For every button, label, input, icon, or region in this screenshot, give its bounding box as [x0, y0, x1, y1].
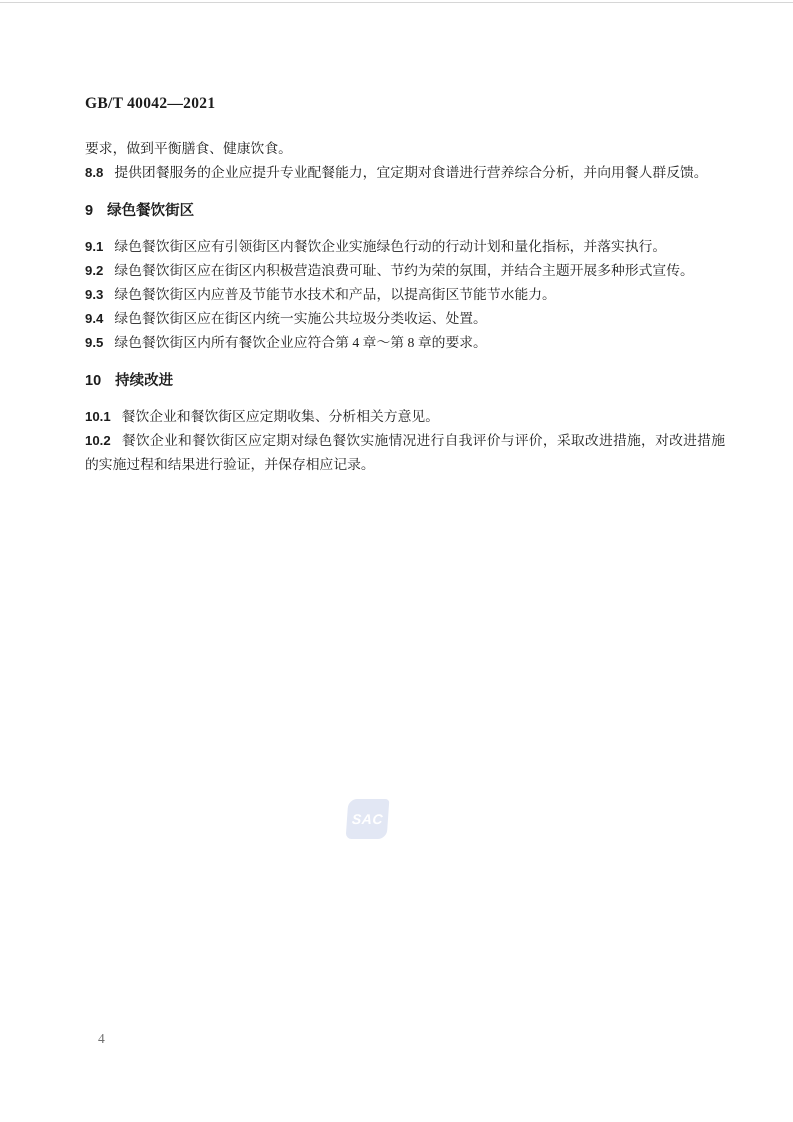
clause-item: 9.4绿色餐饮街区应在街区内统一实施公共垃圾分类收运、处置。 [85, 307, 725, 331]
clause-number: 8.8 [85, 165, 103, 180]
clause-item: 9.2绿色餐饮街区应在街区内积极营造浪费可耻、节约为荣的氛围，并结合主题开展多种… [85, 259, 725, 283]
section-heading: 9绿色餐饮街区 [85, 201, 725, 221]
section-title: 持续改进 [115, 373, 173, 389]
clause-item: 9.5绿色餐饮街区内所有餐饮企业应符合第 4 章～第 8 章的要求。 [85, 331, 725, 355]
page-number: 4 [98, 1031, 105, 1047]
clause-text: 餐饮企业和餐饮街区应定期对绿色餐饮实施情况进行自我评价与评价，采取改进措施，对改… [85, 433, 725, 472]
standard-number-header: GB/T 40042—2021 [85, 94, 725, 114]
section-number: 9 [85, 203, 93, 219]
clause-text: 绿色餐饮街区应在街区内统一实施公共垃圾分类收运、处置。 [114, 311, 487, 326]
clause-text: 绿色餐饮街区应在街区内积极营造浪费可耻、节约为荣的氛围，并结合主题开展多种形式宣… [114, 263, 693, 278]
paragraph-continuation: 要求，做到平衡膳食、健康饮食。 [85, 137, 725, 161]
section-number: 10 [85, 373, 101, 389]
clause-number: 9.1 [85, 239, 103, 254]
clause-item: 9.1绿色餐饮街区应有引领街区内餐饮企业实施绿色行动的行动计划和量化指标，并落实… [85, 235, 725, 259]
document-page: GB/T 40042—2021 要求，做到平衡膳食、健康饮食。 8.8提供团餐服… [0, 0, 793, 1122]
clause-text: 提供团餐服务的企业应提升专业配餐能力，宜定期对食谱进行营养综合分析，并向用餐人群… [114, 165, 707, 180]
sac-watermark-logo: SAC [346, 799, 390, 839]
clause-item: 8.8提供团餐服务的企业应提升专业配餐能力，宜定期对食谱进行营养综合分析，并向用… [85, 161, 725, 185]
clause-text: 绿色餐饮街区应有引领街区内餐饮企业实施绿色行动的行动计划和量化指标，并落实执行。 [114, 239, 666, 254]
clause-number: 9.5 [85, 335, 103, 350]
clause-text: 绿色餐饮街区内所有餐饮企业应符合第 4 章～第 8 章的要求。 [114, 335, 487, 350]
clause-number: 10.1 [85, 409, 111, 424]
clause-text: 餐饮企业和餐饮街区应定期收集、分析相关方意见。 [122, 409, 439, 424]
document-body: 要求，做到平衡膳食、健康饮食。 8.8提供团餐服务的企业应提升专业配餐能力，宜定… [85, 137, 725, 477]
clause-number: 9.4 [85, 311, 103, 326]
section-heading: 10持续改进 [85, 371, 725, 391]
sac-watermark-text: SAC [351, 811, 383, 827]
clause-item: 10.2餐饮企业和餐饮街区应定期对绿色餐饮实施情况进行自我评价与评价，采取改进措… [85, 429, 725, 477]
clause-number: 10.2 [85, 433, 111, 448]
clause-number: 9.2 [85, 263, 103, 278]
clause-item: 9.3绿色餐饮街区内应普及节能节水技术和产品，以提高街区节能节水能力。 [85, 283, 725, 307]
document-content: GB/T 40042—2021 要求，做到平衡膳食、健康饮食。 8.8提供团餐服… [85, 0, 725, 477]
clause-number: 9.3 [85, 287, 103, 302]
section-title: 绿色餐饮街区 [107, 203, 194, 219]
clause-text: 绿色餐饮街区内应普及节能节水技术和产品，以提高街区节能节水能力。 [114, 287, 556, 302]
clause-item: 10.1餐饮企业和餐饮街区应定期收集、分析相关方意见。 [85, 405, 725, 429]
